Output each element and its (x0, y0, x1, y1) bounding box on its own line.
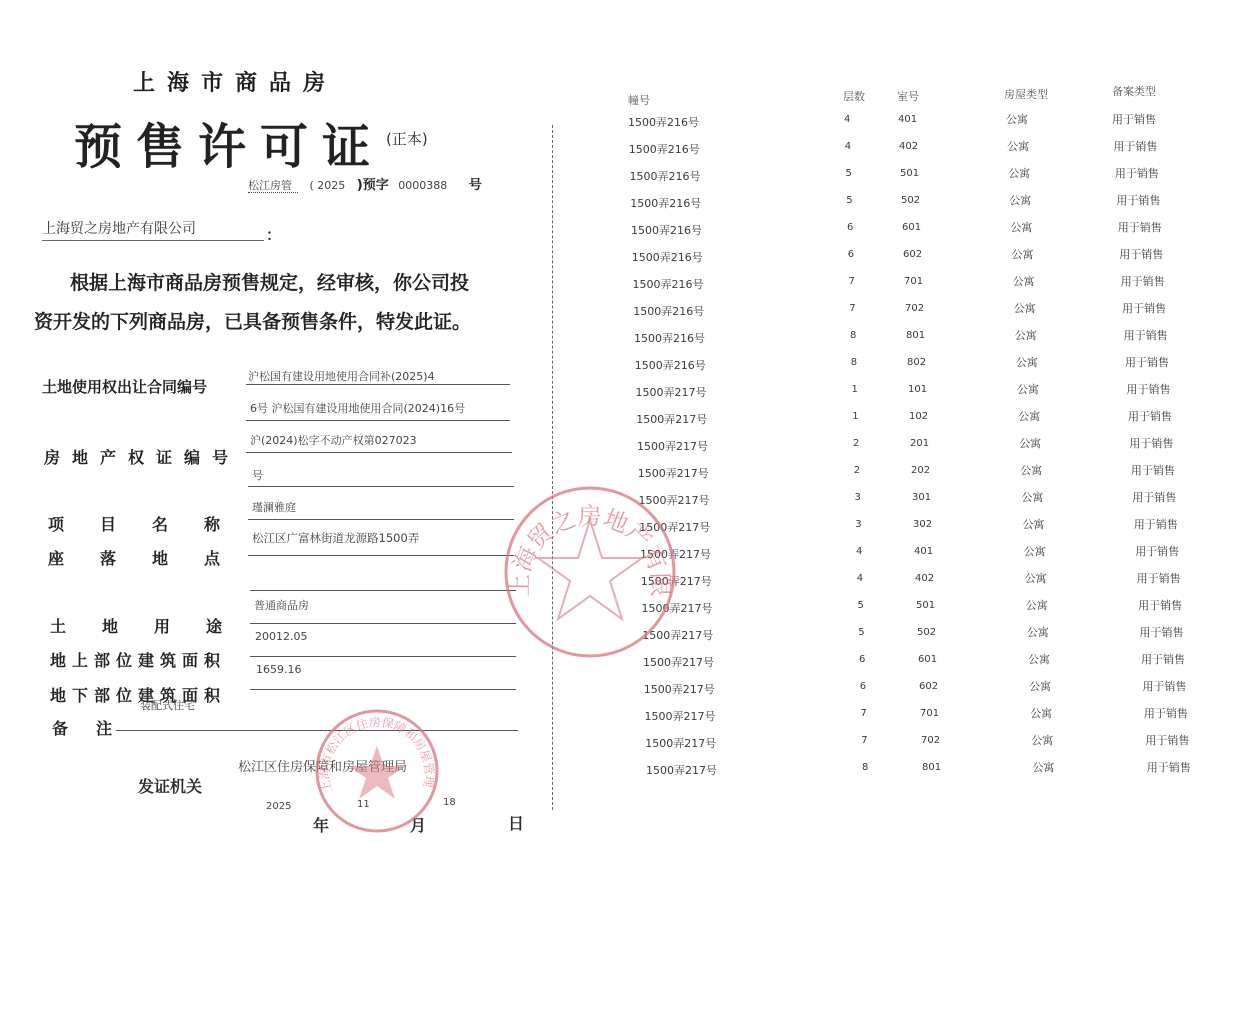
table-cell: 1500弄216号 (629, 141, 700, 157)
company-colon: ： (266, 224, 281, 245)
table-cell: 502 (901, 195, 920, 206)
certificate-copy-note: (正本) (386, 128, 428, 149)
location-label: 座落地点 (48, 546, 234, 569)
table-cell: 1500弄216号 (635, 357, 706, 373)
land-contract-value-1: 沪松国有建设用地使用合同补(2025)4 (248, 368, 435, 384)
table-cell: 公寓 (1015, 327, 1037, 343)
table-cell: 公寓 (1014, 300, 1036, 316)
table-cell: 公寓 (1017, 381, 1039, 397)
table-cell: 4 (844, 114, 850, 125)
table-cell: 1500弄216号 (630, 195, 701, 211)
cert-year: ( 2025 (310, 179, 346, 192)
underline (246, 452, 512, 453)
table-cell: 公寓 (1025, 570, 1047, 586)
table-cell: 公寓 (1026, 597, 1048, 613)
table-cell: 1500弄217号 (646, 762, 717, 778)
issue-year: 2025 (266, 801, 291, 812)
underline (248, 519, 514, 520)
table-cell: 1500弄217号 (639, 492, 710, 508)
table-cell: 1500弄217号 (638, 465, 709, 481)
table-cell: 用于销售 (1141, 651, 1185, 667)
table-cell: 4 (845, 141, 851, 152)
table-cell: 公寓 (1032, 759, 1054, 775)
table-cell: 401 (914, 546, 933, 557)
table-cell: 1500弄216号 (631, 222, 702, 238)
table-cell: 公寓 (1021, 489, 1043, 505)
table-header-0: 幢号 (628, 92, 650, 108)
cert-number-suffix: 号 (469, 178, 482, 193)
above-ground-area-label: 地上部位建筑面积 (50, 648, 226, 671)
remarks-label: 备注 (52, 716, 140, 739)
underline (250, 590, 516, 591)
issuing-authority-name: 松江区住房保障和房屋管理局 (238, 756, 407, 775)
table-cell: 公寓 (1016, 354, 1038, 370)
table-cell: 用于销售 (1140, 624, 1184, 640)
table-cell: 公寓 (1007, 138, 1029, 154)
land-contract-label: 土地使用权出让合同编号 (42, 376, 207, 397)
table-header-1: 层数 (843, 88, 865, 104)
below-ground-area-label: 地下部位建筑面积 (50, 683, 226, 706)
table-header-4: 备案类型 (1112, 83, 1156, 99)
table-cell: 8 (862, 762, 868, 773)
property-cert-label-text: 房地产权证编号 (44, 445, 240, 468)
table-cell: 用于销售 (1137, 570, 1181, 586)
table-cell: 7 (849, 303, 855, 314)
table-cell: 502 (917, 627, 936, 638)
below-ground-area-value: 1659.16 (256, 663, 302, 676)
table-cell: 6 (859, 654, 865, 665)
table-cell: 用于销售 (1119, 246, 1163, 262)
property-cert-value-2: 号 (252, 467, 263, 483)
table-cell: 公寓 (1030, 705, 1052, 721)
land-contract-value-2: 6号 沪松国有建设用地使用合同(2024)16号 (250, 400, 465, 416)
table-cell: 1500弄217号 (637, 438, 708, 454)
table-cell: 用于销售 (1132, 489, 1176, 505)
table-cell: 公寓 (1028, 651, 1050, 667)
table-cell: 101 (908, 384, 927, 395)
table-cell: 1500弄216号 (628, 114, 699, 130)
table-cell: 801 (922, 762, 941, 773)
underline (250, 656, 516, 657)
star-icon (538, 520, 642, 619)
certificate-subtitle: 上海市商品房 (133, 66, 337, 97)
approval-paragraph-line-1: 根据上海市商品房预售规定，经审核，你公司投 (34, 268, 540, 295)
company-name: 上海贸之房地产有限公司 (42, 218, 264, 241)
underline (116, 730, 518, 731)
table-cell: 公寓 (1019, 435, 1041, 451)
table-cell: 公寓 (1020, 462, 1042, 478)
table-cell: 402 (899, 141, 918, 152)
table-cell: 公寓 (1031, 732, 1053, 748)
table-cell: 1 (852, 384, 858, 395)
land-use-label: 土地用途 (50, 614, 236, 637)
table-cell: 2 (853, 438, 859, 449)
table-cell: 7 (849, 276, 855, 287)
underline (250, 689, 516, 690)
table-cell: 1500弄217号 (640, 546, 711, 562)
remarks-value: 装配式住宅 (140, 697, 195, 713)
table-cell: 2 (854, 465, 860, 476)
underline (248, 555, 514, 556)
underline (246, 420, 510, 421)
table-cell: 用于销售 (1124, 327, 1168, 343)
table-cell: 7 (861, 735, 867, 746)
table-cell: 用于销售 (1147, 759, 1191, 775)
table-cell: 1500弄217号 (643, 654, 714, 670)
cert-type-label: )预字 (357, 178, 389, 193)
table-cell: 公寓 (1006, 111, 1028, 127)
table-cell: 公寓 (1018, 408, 1040, 424)
month-unit: 月 (410, 813, 426, 836)
table-cell: 402 (915, 573, 934, 584)
table-cell: 701 (904, 276, 923, 287)
table-cell: 1500弄217号 (645, 708, 716, 724)
table-cell: 1 (852, 411, 858, 422)
table-cell: 201 (910, 438, 929, 449)
table-cell: 4 (856, 546, 862, 557)
table-cell: 公寓 (1027, 624, 1049, 640)
table-cell: 公寓 (1008, 165, 1030, 181)
table-cell: 公寓 (1013, 273, 1035, 289)
seal-text: 上海市松江区住房保障和房屋管理局 (312, 706, 436, 794)
above-ground-area-value: 20012.05 (255, 630, 308, 643)
table-cell: 8 (850, 330, 856, 341)
table-cell: 1500弄217号 (636, 384, 707, 400)
table-cell: 601 (918, 654, 937, 665)
table-cell: 7 (861, 708, 867, 719)
table-cell: 1500弄217号 (644, 681, 715, 697)
day-unit: 日 (508, 811, 524, 834)
table-cell: 用于销售 (1116, 192, 1160, 208)
table-cell: 1500弄217号 (642, 600, 713, 616)
table-cell: 1500弄217号 (642, 627, 713, 643)
table-cell: 用于销售 (1144, 705, 1188, 721)
table-cell: 501 (900, 168, 919, 179)
table-cell: 用于销售 (1112, 111, 1156, 127)
table-cell: 用于销售 (1125, 354, 1169, 370)
table-cell: 用于销售 (1138, 597, 1182, 613)
table-cell: 301 (912, 492, 931, 503)
property-cert-label: 房地产权证编号 (44, 445, 232, 468)
certificate-number: 松江房管 ( 2025 )预字 0000388 号 (248, 174, 482, 193)
table-cell: 501 (916, 600, 935, 611)
table-cell: 5 (858, 600, 864, 611)
perforation-divider (552, 125, 553, 810)
table-cell: 1500弄217号 (639, 519, 710, 535)
table-cell: 6 (860, 681, 866, 692)
table-cell: 用于销售 (1122, 300, 1166, 316)
table-cell: 用于销售 (1118, 219, 1162, 235)
table-cell: 302 (913, 519, 932, 530)
table-cell: 6 (847, 222, 853, 233)
table-cell: 公寓 (1012, 246, 1034, 262)
table-cell: 1500弄216号 (630, 168, 701, 184)
table-cell: 1500弄217号 (645, 735, 716, 751)
underline (246, 384, 510, 385)
table-cell: 602 (919, 681, 938, 692)
table-cell: 601 (902, 222, 921, 233)
table-cell: 公寓 (1023, 516, 1045, 532)
year-unit: 年 (313, 813, 329, 836)
table-cell: 用于销售 (1145, 732, 1189, 748)
table-cell: 102 (909, 411, 928, 422)
project-name-value: 瑾澜雅庭 (252, 499, 296, 515)
table-cell: 公寓 (1010, 219, 1032, 235)
land-use-value: 普通商品房 (254, 597, 309, 613)
table-cell: 1500弄216号 (633, 276, 704, 292)
approval-paragraph-line-2: 资开发的下列商品房，已具备预售条件，特发此证。 (34, 307, 504, 334)
cert-issuer-prefix: 松江房管 (248, 179, 298, 193)
table-cell: 202 (911, 465, 930, 476)
table-cell: 3 (855, 492, 861, 503)
certificate-title: 预售许可证 (74, 108, 384, 177)
table-cell: 702 (921, 735, 940, 746)
table-header-2: 室号 (897, 88, 919, 104)
table-cell: 用于销售 (1135, 543, 1179, 559)
table-cell: 6 (848, 249, 854, 260)
table-cell: 8 (851, 357, 857, 368)
table-cell: 用于销售 (1142, 678, 1186, 694)
table-cell: 1500弄217号 (636, 411, 707, 427)
table-cell: 用于销售 (1113, 138, 1157, 154)
table-cell: 5 (846, 195, 852, 206)
table-cell: 801 (906, 330, 925, 341)
table-cell: 用于销售 (1129, 435, 1173, 451)
table-cell: 1500弄216号 (634, 330, 705, 346)
table-cell: 602 (903, 249, 922, 260)
table-cell: 702 (905, 303, 924, 314)
table-cell: 用于销售 (1131, 462, 1175, 478)
table-cell: 401 (898, 114, 917, 125)
table-cell: 5 (858, 627, 864, 638)
issue-month: 11 (357, 799, 370, 810)
table-cell: 用于销售 (1127, 381, 1171, 397)
table-cell: 3 (855, 519, 861, 530)
project-name-label: 项目名称 (48, 512, 234, 535)
table-header-3: 房屋类型 (1004, 86, 1048, 102)
issue-day: 18 (443, 797, 456, 808)
underline (250, 623, 516, 624)
table-cell: 公寓 (1024, 543, 1046, 559)
table-cell: 1500弄217号 (641, 573, 712, 589)
table-cell: 公寓 (1029, 678, 1051, 694)
table-cell: 4 (857, 573, 863, 584)
table-cell: 公寓 (1009, 192, 1031, 208)
table-cell: 701 (920, 708, 939, 719)
table-cell: 5 (846, 168, 852, 179)
table-cell: 用于销售 (1134, 516, 1178, 532)
property-cert-value-1: 沪(2024)松字不动产权第027023 (250, 432, 417, 448)
table-cell: 用于销售 (1128, 408, 1172, 424)
issuing-authority-label: 发证机关 (138, 774, 202, 797)
table-cell: 1500弄216号 (632, 249, 703, 265)
table-cell: 802 (907, 357, 926, 368)
table-cell: 1500弄216号 (633, 303, 704, 319)
location-value: 松江区广富林街道龙源路1500弄 (252, 530, 419, 546)
table-cell: 用于销售 (1115, 165, 1159, 181)
cert-serial-number: 0000388 (398, 179, 447, 192)
underline (248, 486, 514, 487)
table-cell: 用于销售 (1121, 273, 1165, 289)
